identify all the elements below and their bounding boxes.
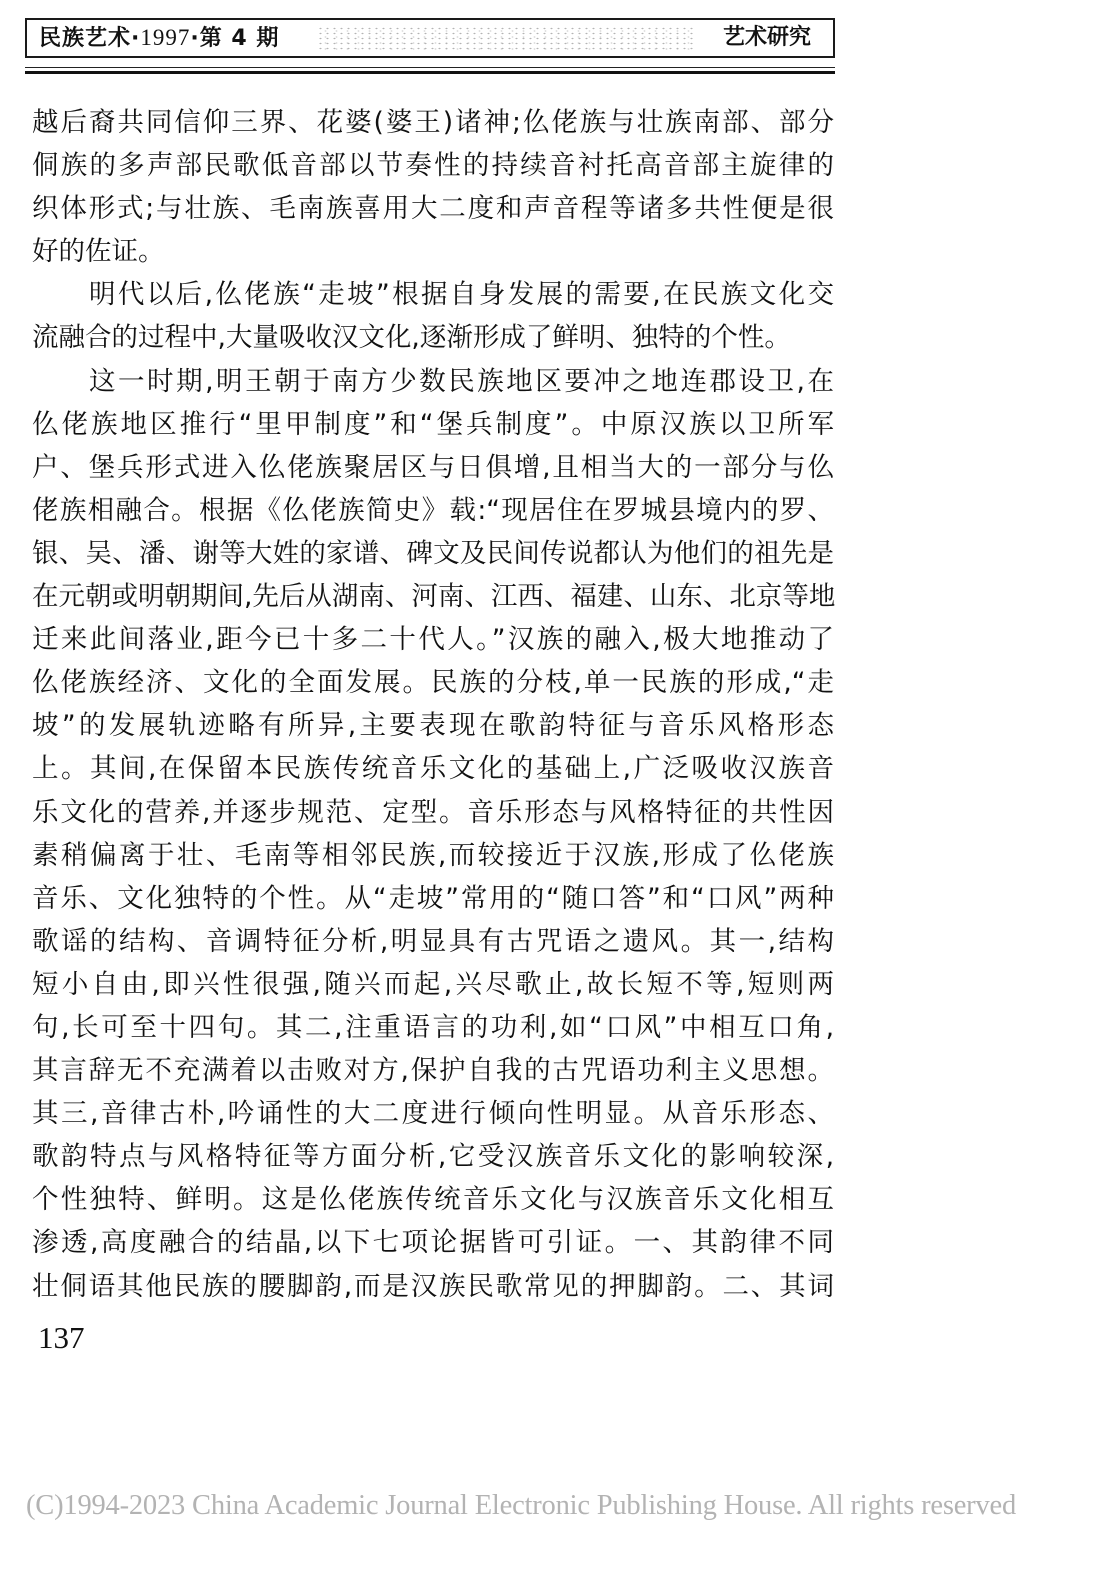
- running-header: 民族艺术·1997·第 4 期 艺术研究: [25, 18, 835, 58]
- article-body: 越后裔共同信仰三界、花婆(婆王)诸神;仫佬族与壮族南部、部分侗族的多声部民歌低音…: [32, 101, 834, 1308]
- text-line: 个性独特、鲜明。这是仫佬族传统音乐文化与汉族音乐文化相互: [32, 1178, 834, 1221]
- text-line: 素稍偏离于壮、毛南等相邻民族,而较接近于汉族,形成了仫佬族: [32, 834, 834, 877]
- text-line: 乐文化的营养,并逐步规范、定型。音乐形态与风格特征的共性因: [32, 791, 834, 834]
- copyright-notice: (C)1994-2023 China Academic Journal Elec…: [26, 1489, 1016, 1523]
- text-line: 越后裔共同信仰三界、花婆(婆王)诸神;仫佬族与壮族南部、部分: [32, 101, 834, 144]
- page-number: 137: [38, 1318, 85, 1358]
- text-line: 上。其间,在保留本民族传统音乐文化的基础上,广泛吸收汉族音: [32, 747, 834, 790]
- text-line: 好的佐证。: [32, 230, 834, 273]
- text-line: 坡”的发展轨迹略有所异,主要表现在歌韵特征与音乐风格形态: [32, 704, 834, 747]
- text-line: 其言辞无不充满着以击败对方,保护自我的古咒语功利主义思想。: [32, 1049, 834, 1092]
- scan-noise-decoration: [317, 26, 697, 52]
- text-line: 在元朝或明朝期间,先后从湖南、河南、江西、福建、山东、北京等地: [32, 575, 834, 618]
- text-line: 明代以后,仫佬族“走坡”根据自身发展的需要,在民族文化交: [32, 273, 834, 316]
- text-line: 歌谣的结构、音调特征分析,明显具有古咒语之遗风。其一,结构: [32, 920, 834, 963]
- text-line: 音乐、文化独特的个性。从“走坡”常用的“随口答”和“口风”两种: [32, 877, 834, 920]
- text-line: 歌韵特点与风格特征等方面分析,它受汉族音乐文化的影响较深,: [32, 1135, 834, 1178]
- text-line: 这一时期,明王朝于南方少数民族地区要冲之地连郡设卫,在: [32, 360, 834, 403]
- text-line: 迁来此间落业,距今已十多二十代人。”汉族的融入,极大地推动了: [32, 618, 834, 661]
- text-line: 仫佬族地区推行“里甲制度”和“堡兵制度”。中原汉族以卫所军: [32, 403, 834, 446]
- text-line: 仫佬族经济、文化的全面发展。民族的分枝,单一民族的形成,“走: [32, 661, 834, 704]
- text-line: 流融合的过程中,大量吸收汉文化,逐渐形成了鲜明、独特的个性。: [32, 316, 834, 359]
- text-line: 句,长可至十四句。其二,注重语言的功利,如“口风”中相互口角,: [32, 1006, 834, 1049]
- journal-year: 1997: [140, 25, 190, 50]
- text-line: 户、堡兵形式进入仫佬族聚居区与日俱增,且相当大的一部分与仫: [32, 446, 834, 489]
- journal-name: 民族艺术: [39, 26, 131, 51]
- header-rule-thick: [25, 71, 835, 74]
- text-line: 渗透,高度融合的结晶,以下七项论据皆可引证。一、其韵律不同: [32, 1221, 834, 1264]
- section-title: 艺术研究: [723, 24, 811, 52]
- text-line: 银、吴、潘、谢等大姓的家谱、碑文及民间传说都认为他们的祖先是: [32, 532, 834, 575]
- text-line: 其三,音律古朴,吟诵性的大二度进行倾向性明显。从音乐形态、: [32, 1092, 834, 1135]
- journal-issue-label: 民族艺术·1997·第 4 期: [39, 24, 279, 53]
- text-line: 织体形式;与壮族、毛南族喜用大二度和声音程等诸多共性便是很: [32, 187, 834, 230]
- text-line: 短小自由,即兴性很强,随兴而起,兴尽歌止,故长短不等,短则两: [32, 963, 834, 1006]
- text-line: 佬族相融合。根据《仫佬族简史》载:“现居住在罗城县境内的罗、: [32, 489, 834, 532]
- header-separator: ·: [131, 26, 140, 51]
- header-separator: ·: [190, 26, 199, 51]
- text-line: 壮侗语其他民族的腰脚韵,而是汉族民歌常见的押脚韵。二、其词: [32, 1265, 834, 1308]
- header-rule-thin: [25, 67, 835, 68]
- text-line: 侗族的多声部民歌低音部以节奏性的持续音衬托高音部主旋律的: [32, 144, 834, 187]
- journal-issue: 第 4 期: [200, 26, 280, 51]
